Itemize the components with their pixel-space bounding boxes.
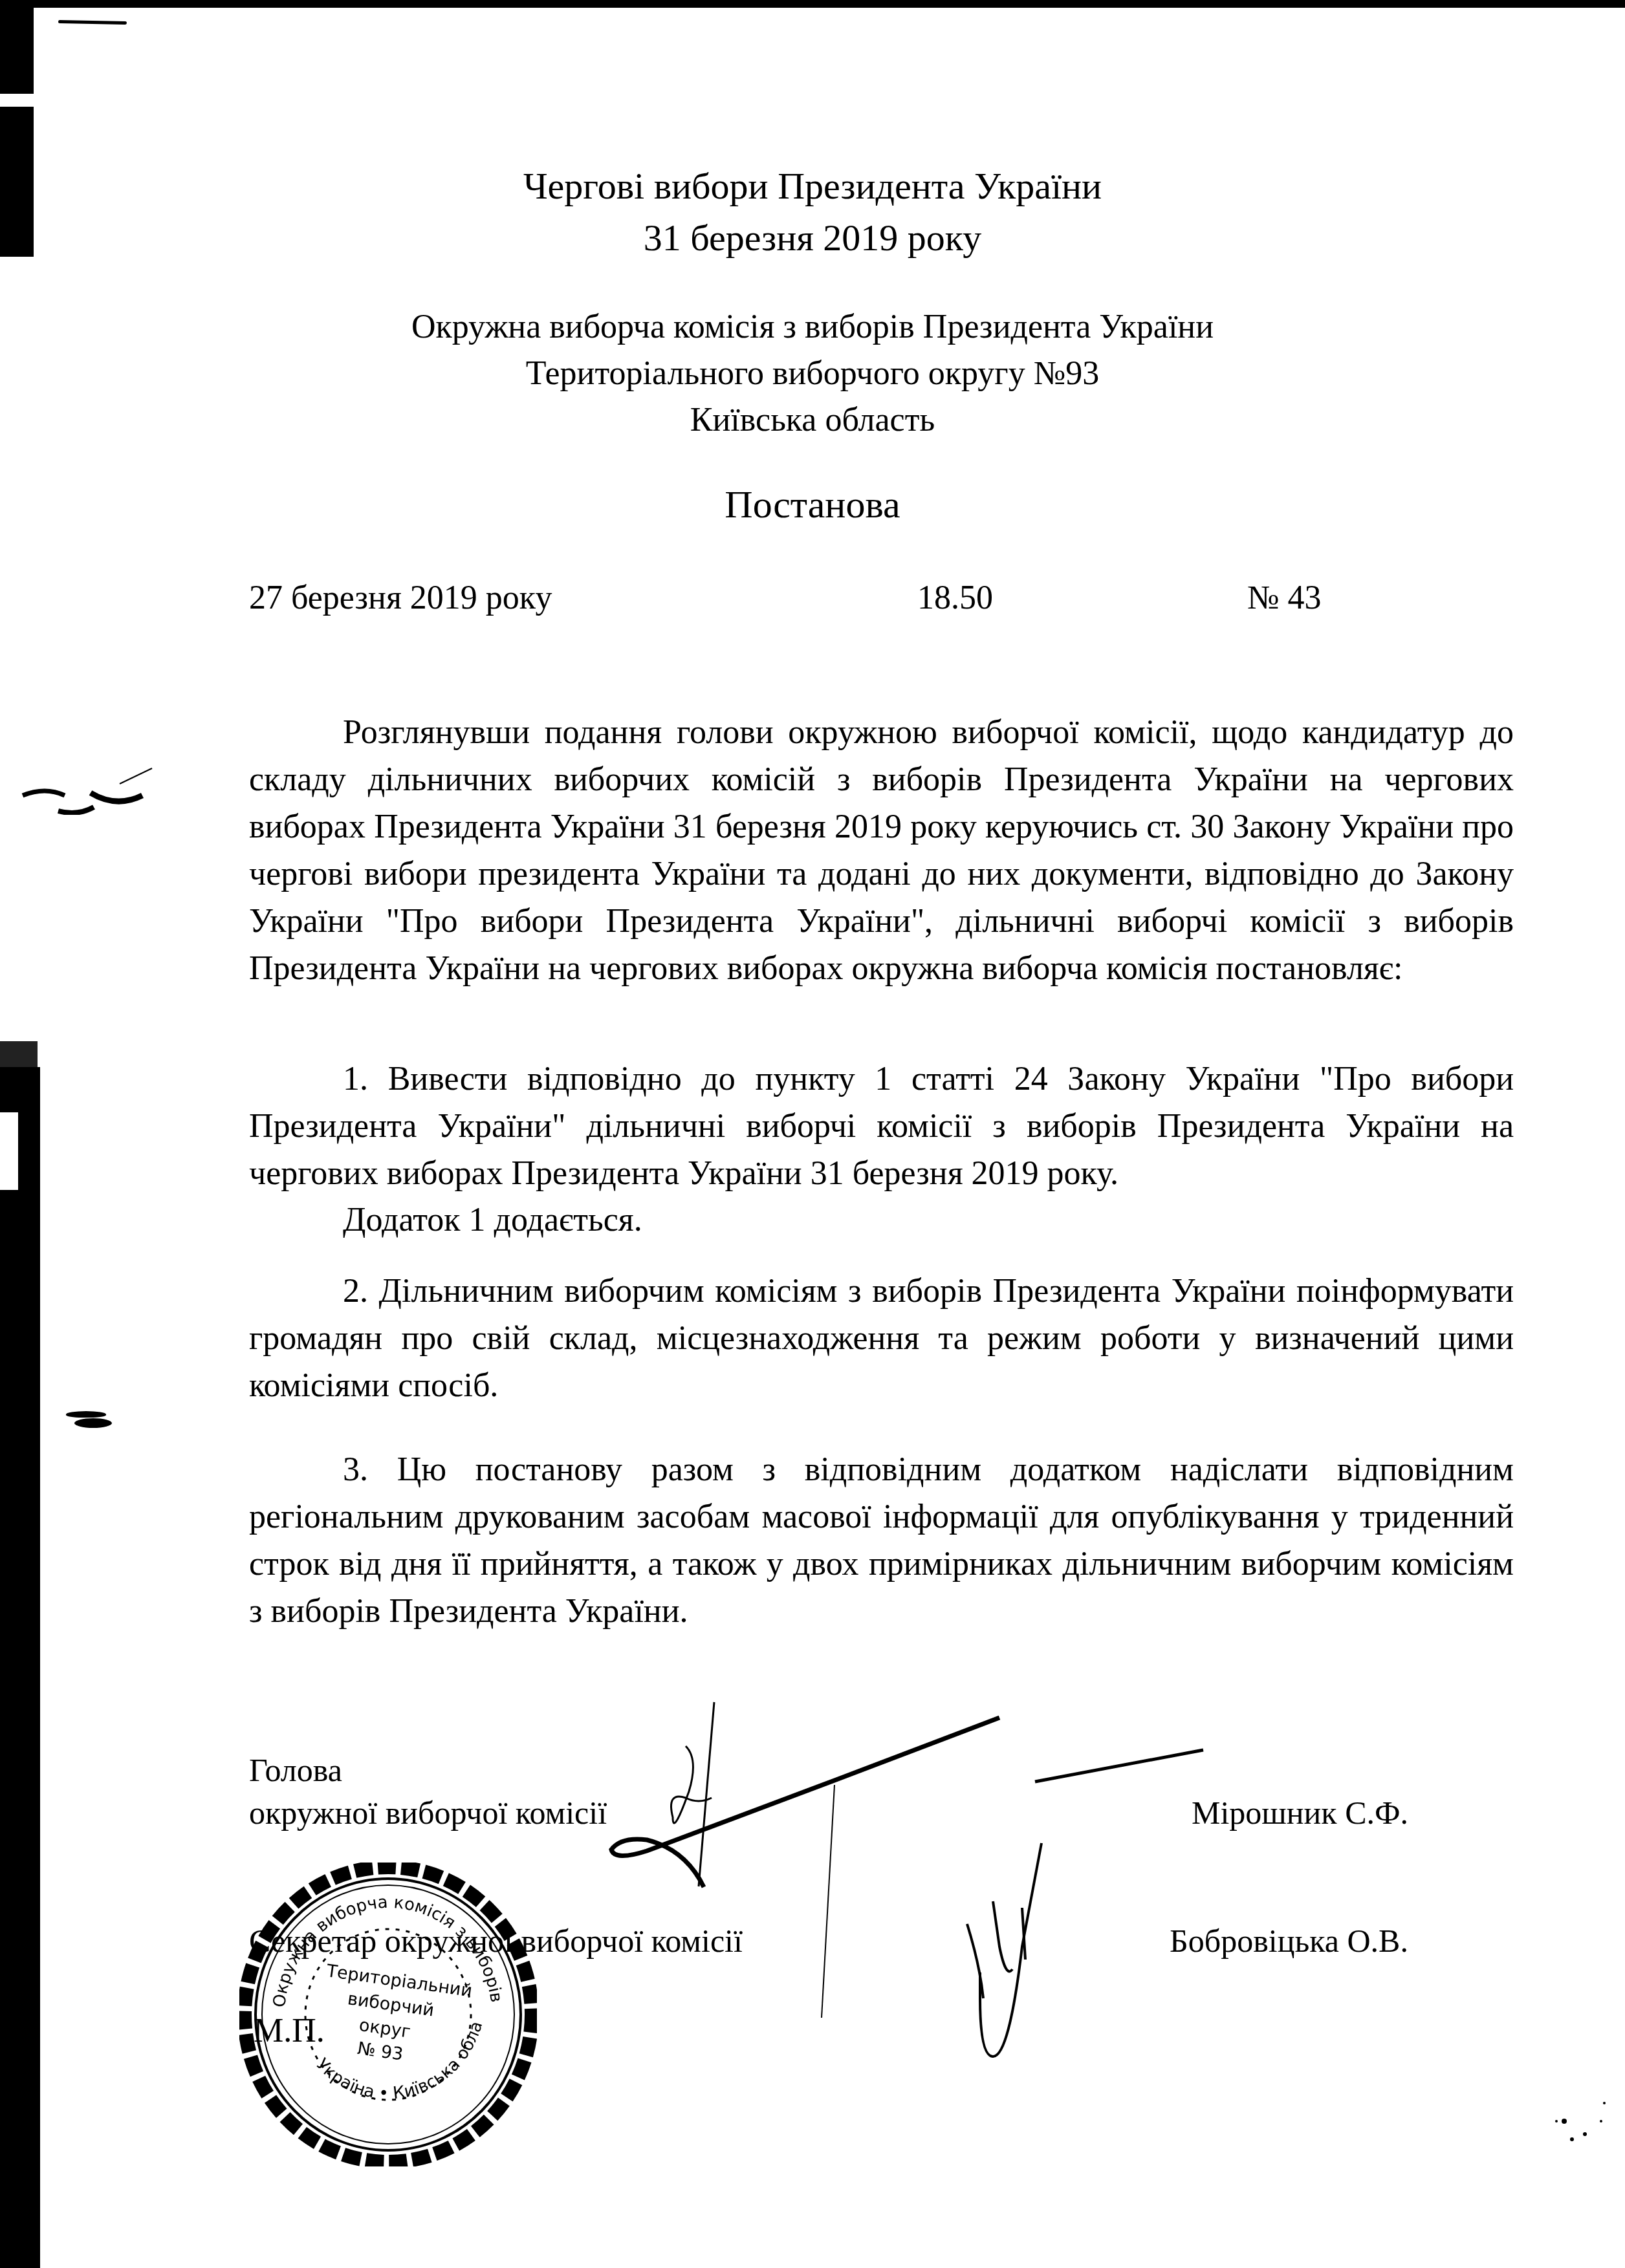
election-title-line1: Чергові вибори Президента України (0, 160, 1625, 212)
document-date: 27 березня 2019 року (249, 572, 552, 624)
scan-specks (1540, 2102, 1617, 2166)
resolution-item-3: 3. Цю постанову разом з відповідним дода… (249, 1446, 1514, 1635)
document-time: 18.50 (917, 572, 993, 624)
chair-title: Голова окружної виборчої комісії (249, 1749, 607, 1834)
chair-signature-icon (611, 1702, 1203, 2018)
svg-text:№ 93: № 93 (356, 2038, 405, 2065)
commission-line2: Територіального виборчого округу №93 (0, 351, 1625, 397)
scan-edge-left (0, 1067, 40, 2268)
ink-blot (66, 1411, 106, 1418)
commission-line1: Окружна виборча комісія з виборів Презид… (0, 304, 1625, 351)
appendix-note: Додаток 1 додається. (343, 1196, 642, 1244)
resolution-item-2: 2. Дільничним виборчим комісіям з виборі… (249, 1268, 1514, 1409)
election-title: Чергові вибори Президента України 31 бер… (0, 160, 1625, 264)
margin-scribble-icon (19, 744, 162, 815)
election-title-line2: 31 березня 2019 року (0, 212, 1625, 264)
secretary-title: Секретар окружної виборчої комісії (249, 1919, 743, 1962)
secretary-signature-icon (967, 1843, 1042, 2057)
secretary-name: Бобровіцька О.В. (1170, 1919, 1408, 1962)
resolution-item-1: 1. Вивести відповідно до пункту 1 статті… (249, 1055, 1514, 1197)
seal-place-label: М.П. (254, 2010, 325, 2053)
resolution-item-text: 3. Цю постанову разом з відповідним дода… (249, 1446, 1514, 1635)
pen-mark (58, 20, 127, 25)
resolution-item-text: 2. Дільничним виборчим комісіям з виборі… (249, 1268, 1514, 1409)
document-number: № 43 (1247, 572, 1322, 624)
chair-title-line1: Голова (249, 1749, 607, 1791)
scan-edge-left (0, 0, 34, 94)
ink-blot (74, 1418, 112, 1428)
resolution-item-text: 1. Вивести відповідно до пункту 1 статті… (249, 1055, 1514, 1197)
chair-title-line2: окружної виборчої комісії (249, 1791, 607, 1834)
intro-paragraph: Розглянувши подання голови окружною вибо… (249, 709, 1514, 992)
commission-line3: Київська область (0, 397, 1625, 444)
scan-edge-highlight (0, 1112, 18, 1190)
document-meta-row: 27 березня 2019 року 18.50 № 43 (0, 572, 1625, 624)
chair-name: Мірошник С.Ф. (1192, 1791, 1408, 1834)
scan-edge-left (0, 1041, 38, 1070)
commission-heading: Окружна виборча комісія з виборів Презид… (0, 304, 1625, 444)
svg-text:округ: округ (358, 2015, 412, 2042)
scan-edge-top (0, 0, 1625, 8)
document-type: Постанова (0, 479, 1625, 530)
intro-text: Розглянувши подання голови окружною вибо… (249, 709, 1514, 992)
